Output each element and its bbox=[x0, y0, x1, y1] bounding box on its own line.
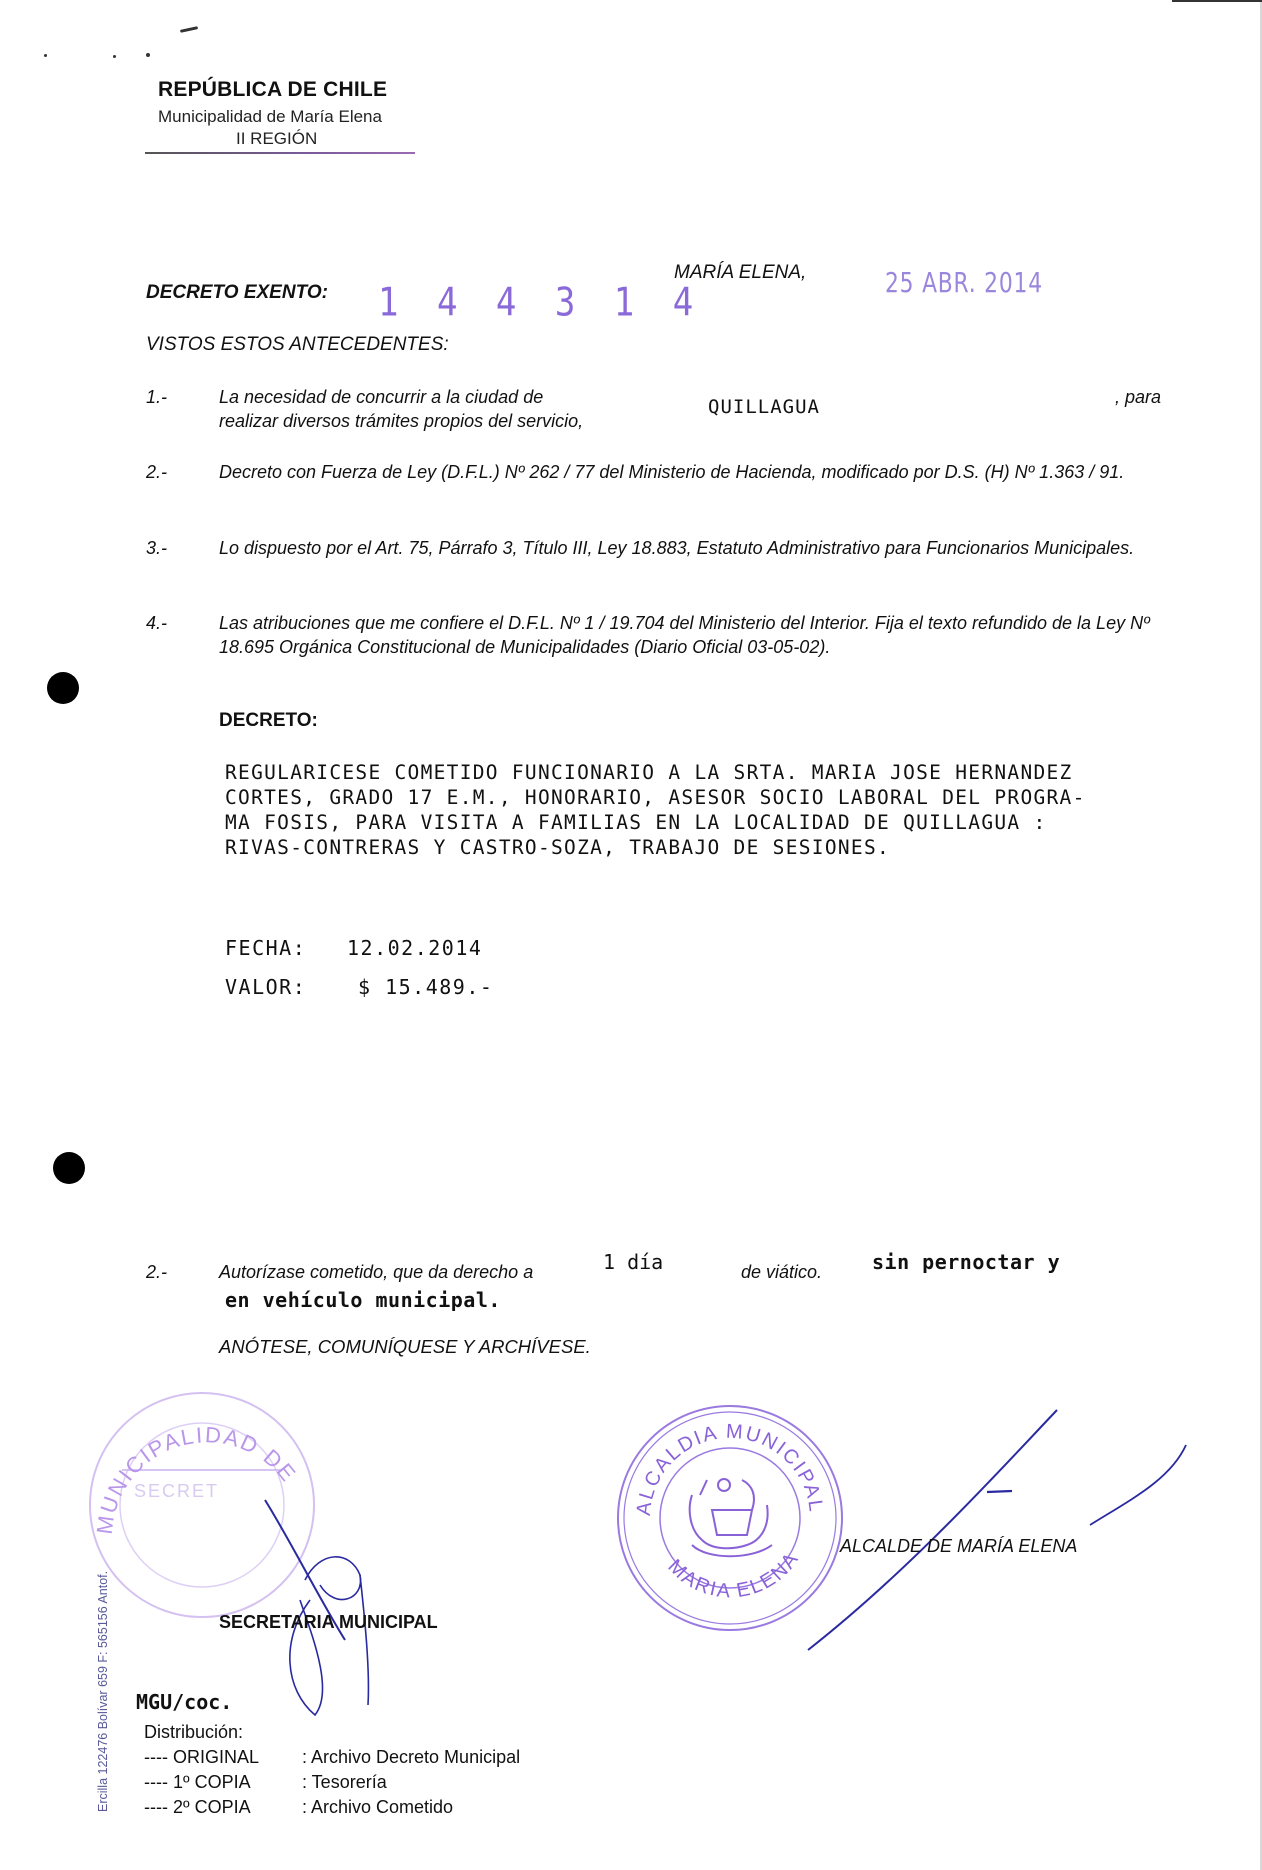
decreto-body: REGULARICESE COMETIDO FUNCIONARIO A LA S… bbox=[225, 760, 1086, 860]
item-suffix: , para bbox=[1115, 387, 1161, 408]
punch-hole bbox=[53, 1152, 85, 1184]
secretary-signature-label: SECRETARIA MUNICIPAL bbox=[219, 1612, 438, 1633]
closing-formula: ANÓTESE, COMUNÍQUESE Y ARCHÍVESE. bbox=[219, 1336, 591, 1358]
vistos-item-1: La necesidad de concurrir a la ciudad de… bbox=[219, 385, 639, 433]
condition-line-2: en vehículo municipal. bbox=[225, 1288, 501, 1312]
copy-label: ---- 2º COPIA bbox=[144, 1795, 302, 1820]
item-line: La necesidad de concurrir a la ciudad de bbox=[219, 385, 639, 409]
condition-line-1: sin pernoctar y bbox=[872, 1250, 1060, 1274]
fecha-label: FECHA: bbox=[225, 936, 306, 960]
municipality-name: Municipalidad de María Elena bbox=[158, 107, 382, 127]
distribution-heading: Distribución: bbox=[144, 1720, 520, 1745]
decree-type-label: DECRETO EXENTO: bbox=[146, 282, 328, 304]
viatico-days: 1 día bbox=[603, 1250, 663, 1274]
svg-text:SECRET: SECRET bbox=[134, 1481, 219, 1501]
punch-hole bbox=[47, 672, 79, 704]
secretary-signature bbox=[250, 1490, 390, 1720]
decree-place: MARÍA ELENA, bbox=[674, 262, 806, 284]
scan-mark bbox=[1172, 0, 1262, 2]
distribution-row: ---- ORIGINAL : Archivo Decreto Municipa… bbox=[144, 1745, 520, 1770]
valor-label: VALOR: bbox=[225, 975, 306, 999]
vistos-item-2: Decreto con Fuerza de Ley (D.F.L.) Nº 26… bbox=[219, 460, 1209, 484]
item-number: 2.- bbox=[146, 1262, 167, 1283]
header-rule bbox=[145, 152, 415, 154]
copy-label: ---- ORIGINAL bbox=[144, 1745, 302, 1770]
item-number: 3.- bbox=[146, 538, 167, 559]
copy-label: ---- 1º COPIA bbox=[144, 1770, 302, 1795]
distribution-list: Distribución: ---- ORIGINAL : Archivo De… bbox=[144, 1720, 520, 1820]
item-number: 4.- bbox=[146, 613, 167, 634]
mayor-signature-label: ALCALDE DE MARÍA ELENA bbox=[840, 1536, 1077, 1557]
viatico-label: de viático. bbox=[741, 1262, 822, 1283]
item-number: 1.- bbox=[146, 387, 167, 408]
distribution-row: ---- 2º COPIA : Archivo Cometido bbox=[144, 1795, 520, 1820]
country-title: REPÚBLICA DE CHILE bbox=[158, 78, 387, 102]
destination-city: QUILLAGUA bbox=[708, 396, 820, 418]
decreto-heading: DECRETO: bbox=[219, 710, 318, 732]
distribution-row: ---- 1º COPIA : Tesorería bbox=[144, 1770, 520, 1795]
copy-destination: : Archivo Decreto Municipal bbox=[302, 1745, 520, 1770]
item-number: 2.- bbox=[146, 462, 167, 483]
authorization-text: Autorízase cometido, que da derecho a bbox=[219, 1262, 533, 1283]
printer-imprint: Ercilla 122476 Bolívar 659 F: 565156 Ant… bbox=[96, 1571, 110, 1812]
date-stamp: 25 ABR. 2014 bbox=[885, 266, 1043, 299]
fecha-value: 12.02.2014 bbox=[347, 936, 482, 960]
mayor-signature bbox=[800, 1400, 1200, 1660]
decree-number-stamp: 1 4 4 3 1 4 bbox=[378, 280, 702, 326]
item-line: realizar diversos trámites propios del s… bbox=[219, 409, 639, 433]
scan-speck bbox=[44, 54, 47, 57]
copy-destination: : Tesorería bbox=[302, 1770, 387, 1795]
valor-value: $ 15.489.- bbox=[358, 975, 493, 999]
vistos-heading: VISTOS ESTOS ANTECEDENTES: bbox=[146, 334, 449, 356]
scan-speck bbox=[180, 26, 198, 33]
coat-of-arms-icon bbox=[690, 1479, 772, 1556]
copy-destination: : Archivo Cometido bbox=[302, 1795, 453, 1820]
vistos-item-3: Lo dispuesto por el Art. 75, Párrafo 3, … bbox=[219, 536, 1209, 560]
scan-speck bbox=[146, 53, 150, 57]
region-label: II REGIÓN bbox=[236, 129, 317, 149]
scan-speck bbox=[113, 55, 116, 58]
vistos-item-4: Las atribuciones que me confiere el D.F.… bbox=[219, 611, 1209, 659]
initials: MGU/coc. bbox=[136, 1690, 232, 1714]
